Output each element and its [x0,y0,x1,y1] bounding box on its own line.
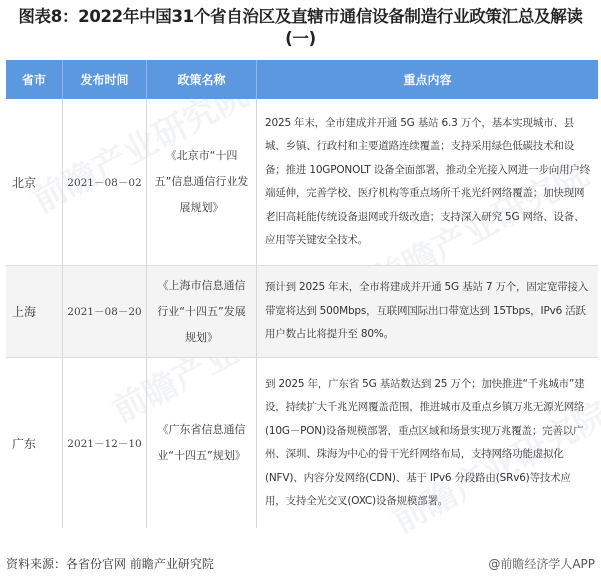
header-key-content: 重点内容 [257,60,598,99]
cell-policy-name: 《上海市信息通信行业“十四五”发展规划》 [147,266,257,357]
cell-province: 广东 [6,358,63,528]
cell-key-content: 预计到 2025 年末，全市将建成并开通 5G 基站 7 万个，固定宽带接入带宽… [257,266,598,357]
cell-key-content: 2025 年末，全市建成并开通 5G 基站 6.3 万个，基本实现城市、县城、乡… [257,99,598,265]
cell-date: 2021－08－02 [63,99,147,265]
policy-table: 省市 发布时间 政策名称 重点内容 北京 2021－08－02 《北京市“十四五… [6,60,598,528]
cell-policy-name: 《广东省信息通信业“十四五”规划》 [147,358,257,528]
cell-key-content: 到 2025 年，广东省 5G 基站数达到 25 万个；加快推进“千兆城市”建设… [257,358,598,528]
cell-date: 2021－08－20 [63,266,147,357]
cell-province: 上海 [6,266,63,357]
cell-policy-name: 《北京市“十四五”信息通信行业发展规划》 [147,99,257,265]
cell-date: 2021－12－10 [63,358,147,528]
figure-title-line1: 图表8：2022年中国31个省自治区及直辖市通信设备制造行业政策汇总及解读 [0,6,601,28]
table-row: 广东 2021－12－10 《广东省信息通信业“十四五”规划》 到 2025 年… [6,358,598,528]
table-header-row: 省市 发布时间 政策名称 重点内容 [6,60,598,99]
source-note: 资料来源：各省份官网 前瞻产业研究院 [6,555,214,572]
table-row: 上海 2021－08－20 《上海市信息通信行业“十四五”发展规划》 预计到 2… [6,266,598,358]
header-date: 发布时间 [63,60,147,99]
header-policy-name: 政策名称 [147,60,257,99]
figure-title: 图表8：2022年中国31个省自治区及直辖市通信设备制造行业政策汇总及解读 (一… [0,6,601,50]
table-row: 北京 2021－08－02 《北京市“十四五”信息通信行业发展规划》 2025 … [6,99,598,266]
brand-credit: @前瞻经济学人APP [488,555,595,572]
header-province: 省市 [6,60,63,99]
cell-province: 北京 [6,99,63,265]
figure-title-line2: (一) [0,28,601,50]
